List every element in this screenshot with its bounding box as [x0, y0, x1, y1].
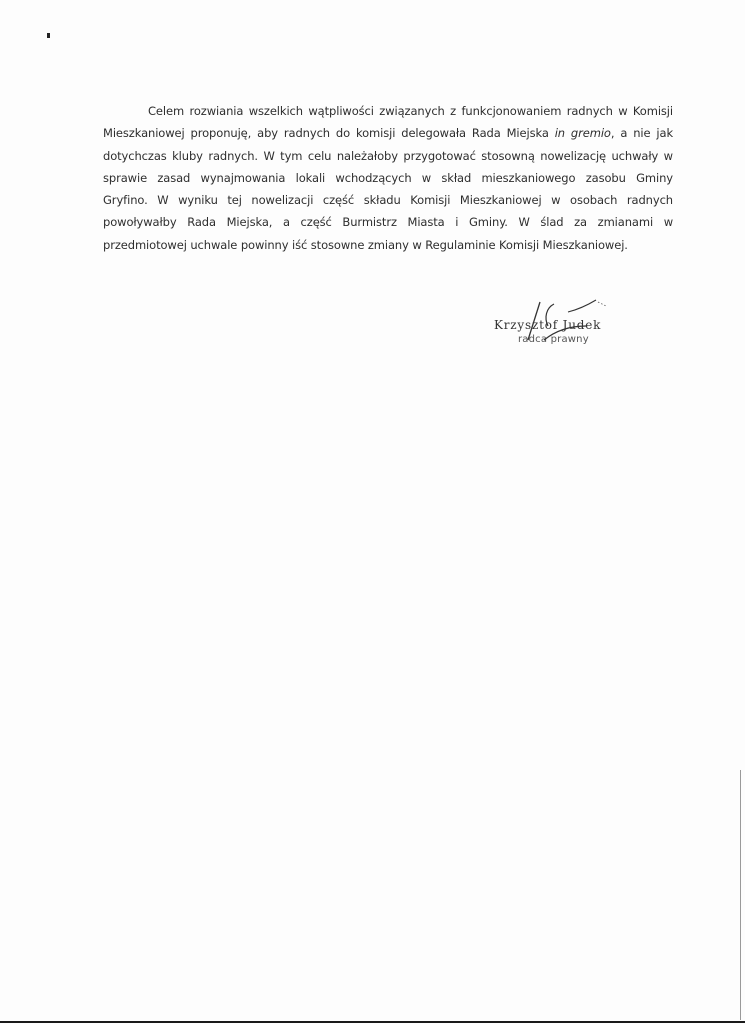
scan-edge-line: [740, 770, 741, 1020]
signatory-role: radca prawny: [518, 334, 634, 345]
line-2-text: Mieszkaniowej proponuję, aby radnych do …: [103, 126, 555, 140]
scanned-document-page: Celem rozwiania wszelkich wątpliwości zw…: [0, 0, 745, 1024]
signatory-name: Krzysztof Judek: [494, 318, 634, 332]
italic-phrase: in gremio: [555, 126, 611, 140]
paragraph-line-3: dotychczas kluby radnych. W tym celu nal…: [103, 145, 673, 167]
body-paragraph: Celem rozwiania wszelkich wątpliwości zw…: [103, 100, 673, 256]
scan-bottom-border: [0, 1021, 745, 1023]
paragraph-line-7: przedmiotowej uchwale powinny iść stosow…: [103, 234, 673, 256]
line-2-suffix: , a nie jak: [611, 126, 673, 140]
paragraph-line-6: powoływałby Rada Miejska, a część Burmis…: [103, 211, 673, 233]
paragraph-line-5: Gryfino. W wyniku tej nowelizacji część …: [103, 189, 673, 211]
scan-speck: [47, 33, 50, 38]
paragraph-line-4: sprawie zasad wynajmowania lokali wchodz…: [103, 167, 673, 189]
paragraph-line-1: Celem rozwiania wszelkich wątpliwości zw…: [103, 100, 673, 122]
paragraph-line-2: Mieszkaniowej proponuję, aby radnych do …: [103, 122, 673, 144]
signature-block: Krzysztof Judek radca prawny: [494, 318, 634, 345]
